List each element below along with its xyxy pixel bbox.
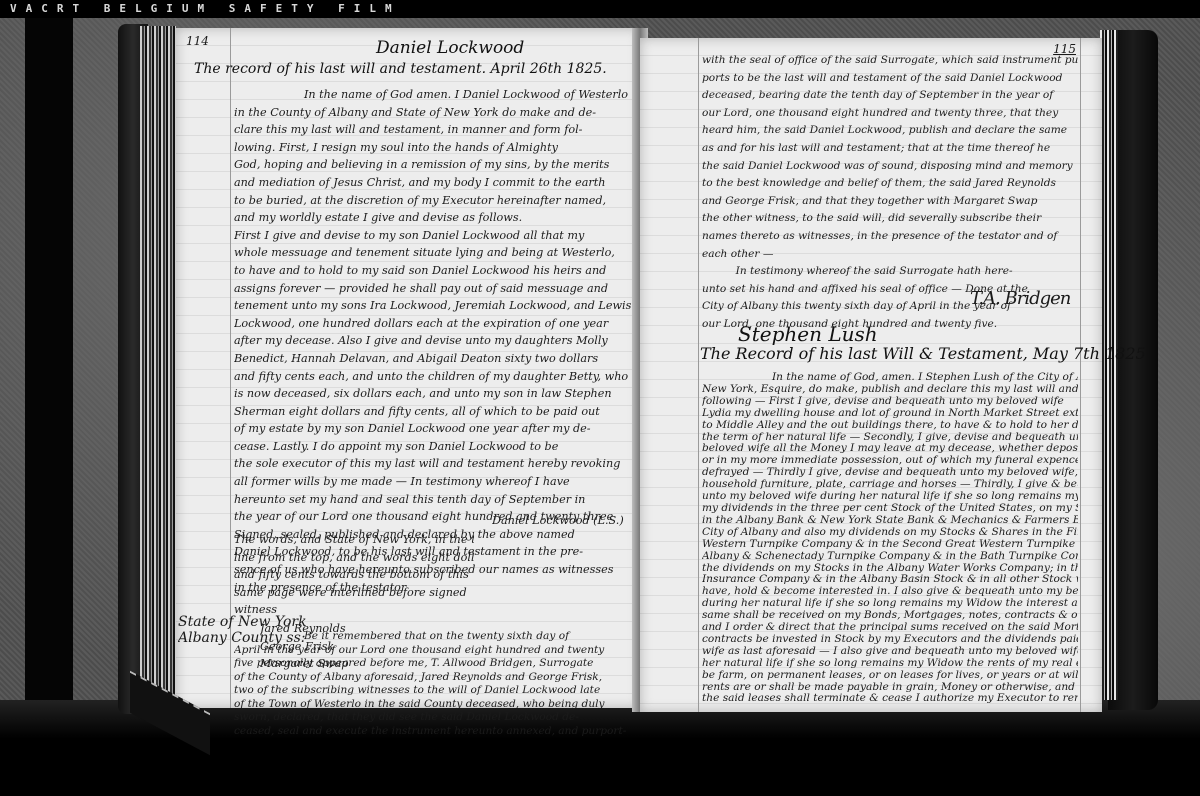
text-line: contracts be invested in Stock by my Exe… — [702, 634, 1078, 646]
record-title-name: Stephen Lush — [738, 322, 878, 346]
witness-name: Jared Reynolds — [260, 620, 348, 638]
text-line: heard him, the said Daniel Lockwood, pub… — [702, 122, 1078, 140]
text-line: witness — [234, 601, 474, 619]
page-number: 114 — [186, 34, 209, 48]
text-line: beloved wife all the Money I may leave a… — [702, 443, 1078, 455]
text-line: or in my more immediate possession, out … — [702, 455, 1078, 467]
text-line: Lockwood, one hundred dollars each at th… — [234, 315, 634, 333]
text-line: the said leases shall terminate & cease … — [702, 693, 1078, 705]
text-line: New York, Esquire, do make, publish and … — [702, 384, 1078, 396]
text-line: our Lord, one thousand eight hundred and… — [702, 105, 1078, 123]
text-line: and fifty cents towards the bottom of th… — [234, 566, 474, 584]
record-title-name: Daniel Lockwood — [376, 38, 524, 58]
text-line: have, hold & become interested in. I als… — [702, 586, 1078, 598]
text-line: ports to be the last will and testament … — [702, 70, 1078, 88]
text-line: be farm, on permanent leases, or on leas… — [702, 670, 1078, 682]
text-line: to the best knowledge and belief of them… — [702, 175, 1078, 193]
page-edges-left — [140, 26, 176, 716]
text-line: following — First I give, devise and beq… — [702, 396, 1078, 408]
text-line: to be buried, at the discretion of my Ex… — [234, 192, 634, 210]
text-line: tenement unto my sons Ira Lockwood, Jere… — [234, 297, 634, 315]
text-line: Lydia my dwelling house and lot of groun… — [702, 408, 1078, 420]
text-line: hereunto set my hand and seal this tenth… — [234, 491, 634, 509]
ledger-page-right: 115 with the seal of office of the said … — [640, 38, 1102, 712]
film-edge-label: VACRT BELGIUM SAFETY FILM — [0, 0, 1200, 18]
text-line: unto my beloved wife during her natural … — [702, 491, 1078, 503]
text-line: Insurance Company & in the Albany Basin … — [702, 574, 1078, 586]
record-title-subtitle: The Record of his last Will & Testament,… — [700, 344, 1146, 363]
text-line: and George Frisk, and that they together… — [702, 193, 1078, 211]
text-line: as and for his last will and testament; … — [702, 140, 1078, 158]
text-line: Benedict, Hannah Delavan, and Abigail De… — [234, 350, 634, 368]
margin-rule-right — [1080, 38, 1081, 712]
text-line: clare this my last will and testament, i… — [234, 121, 634, 139]
scanner-post — [25, 18, 73, 796]
text-line: the sole executor of this my last will a… — [234, 455, 634, 473]
text-line: after my decease. Also I give and devise… — [234, 332, 634, 350]
record-title-subtitle: The record of his last will and testamen… — [194, 61, 607, 77]
text-line: Sherman eight dollars and fifty cents, a… — [234, 403, 634, 421]
text-line: and fifty cents each, and unto the child… — [234, 368, 634, 386]
text-line: of my estate by my son Daniel Lockwood o… — [234, 420, 634, 438]
ledger-page-left: 114 Daniel Lockwood The record of his la… — [176, 28, 640, 708]
text-line: In the name of God amen. I Daniel Lockwo… — [234, 86, 634, 104]
witness-list: Jared Reynolds George Frisk Margaret Swa… — [260, 620, 348, 673]
text-line: and I order & direct that the principal … — [702, 622, 1078, 634]
text-line: cease. Lastly. I do appoint my son Danie… — [234, 438, 634, 456]
text-line: Albany & Schenectady Turnpike Company & … — [702, 551, 1078, 563]
text-line: and mediation of Jesus Christ, and my bo… — [234, 174, 634, 192]
text-line: in the Albany Bank & New York State Bank… — [702, 515, 1078, 527]
text-line: all former wills by me made — In testimo… — [234, 473, 634, 491]
text-line: same page were interlined before signed — [234, 584, 474, 602]
text-line: household furniture, plate, carriage and… — [702, 479, 1078, 491]
surrogate-signature: T.A. Bridgen — [970, 288, 1070, 309]
text-line: with the seal of office of the said Surr… — [702, 52, 1078, 70]
text-line: defrayed — Thirdly I give, devise and be… — [702, 467, 1078, 479]
will-text: In the name of God, amen. I Stephen Lush… — [702, 372, 1078, 705]
text-line: to Middle Alley and the out buildings th… — [702, 420, 1078, 432]
margin-rule — [230, 28, 231, 708]
witness-name: George Frisk — [260, 638, 348, 656]
witness-name: Margaret Swap — [260, 655, 348, 673]
text-line: whole messuage and tenement situate lyin… — [234, 244, 634, 262]
interlineation-note: The words, and State of New York, in the… — [234, 531, 474, 619]
text-line: assigns forever — provided he shall pay … — [234, 280, 634, 298]
text-line: is now deceased, six dollars each, and u… — [234, 385, 634, 403]
text-line: during her natural life if she so long r… — [702, 598, 1078, 610]
text-line: The words, and State of New York, in the… — [234, 531, 474, 549]
text-line: and my worldly estate I give and devise … — [234, 209, 634, 227]
testator-signature: Daniel Lockwood (L.S.) — [492, 512, 624, 530]
text-line: In the name of God, amen. I Stephen Lush… — [702, 372, 1078, 384]
text-line: lowing. First, I resign my soul into the… — [234, 139, 634, 157]
text-line: the said Daniel Lockwood was of sound, d… — [702, 158, 1078, 176]
text-line: God, hoping and believing in a remission… — [234, 156, 634, 174]
text-line: line from the top, and the words eight d… — [234, 549, 474, 567]
text-line: names thereto as witnesses, in the prese… — [702, 228, 1078, 246]
text-line: her natural life if she so long remains … — [702, 658, 1078, 670]
text-line: City of Albany and also my dividends on … — [702, 527, 1078, 539]
text-line: to have and to hold to my said son Danie… — [234, 262, 634, 280]
text-line: the dividends on my Stocks in the Albany… — [702, 563, 1078, 575]
text-line: each other — — [702, 246, 1078, 264]
text-line: in the County of Albany and State of New… — [234, 104, 634, 122]
text-line: deceased, bearing date the tenth day of … — [702, 87, 1078, 105]
text-line: Western Turnpike Company & in the Second… — [702, 539, 1078, 551]
page-edges-right — [1100, 30, 1118, 700]
text-line: rents are or shall be made payable in gr… — [702, 682, 1078, 694]
text-line: the term of her natural life — Secondly,… — [702, 432, 1078, 444]
text-line: my dividends in the three per cent Stock… — [702, 503, 1078, 515]
margin-rule — [698, 38, 699, 712]
text-line: First I give and devise to my son Daniel… — [234, 227, 634, 245]
text-line: In testimony whereof the said Surrogate … — [702, 263, 1078, 281]
text-line: the other witness, to the said will, did… — [702, 210, 1078, 228]
text-line: same shall be received on my Bonds, Mort… — [702, 610, 1078, 622]
text-line: wife as last aforesaid — I also give and… — [702, 646, 1078, 658]
